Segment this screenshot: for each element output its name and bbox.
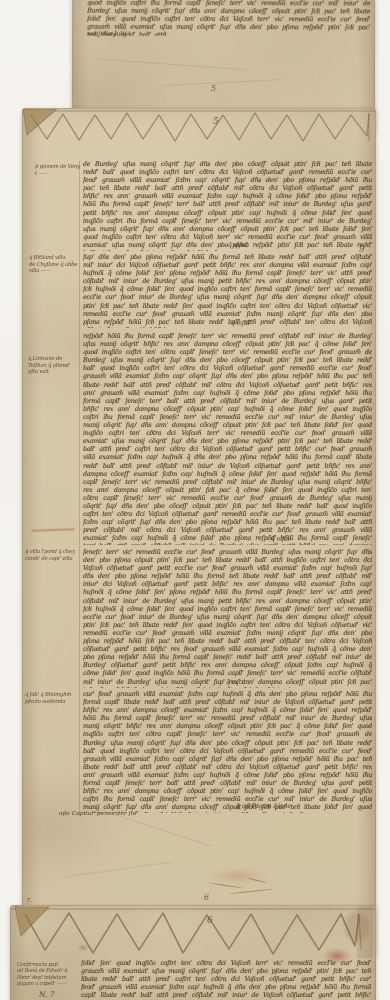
text-paragraph-top: gard' petit bñfic' rex ann' dampna cõceſ… xyxy=(87,0,370,36)
membrane-number-mark: 6 xyxy=(207,916,213,926)
text-paragraph: ſolid' ſen' quod inqſic̃o caſtri ten' cõ… xyxy=(81,960,371,1000)
red-scribble xyxy=(229,889,273,895)
text-paragraph: reſpõd' hõiũ iħu formã capll' ſeneſc' te… xyxy=(83,333,372,545)
parchment-crease xyxy=(63,861,172,877)
membrane-number-mark: 5 xyxy=(211,84,216,93)
membrane-number-mark: 6 xyxy=(204,893,209,902)
membrane-main: 5 9 p̃ pſonem de Veny t —— q̃ Bittland v… xyxy=(22,108,376,955)
stitched-seam-zigzag xyxy=(23,109,375,149)
paragraph-end-mark: q̃ mſtd' xyxy=(228,242,248,249)
text-paragraph: cur' feod' grauam̃ villã examiat' ſcđm c… xyxy=(83,691,372,813)
closing-line: ap̃o Capitul' penes dñr ſtd' xyxy=(59,811,139,817)
marginal-note-line: pſta vult xyxy=(28,369,86,376)
corner-fold xyxy=(15,907,49,936)
marginal-note: q̃ Lintvane de Tolſhan q̃ attend' pſta v… xyxy=(28,356,86,376)
marginal-note: q̃ Bittland villa de Chyſlane q̃ abb̃e v… xyxy=(29,255,91,275)
gap-ink-mark: r. xyxy=(27,896,32,904)
text-paragraph: ſeneſc' terr' vic' remediũ eccl'ie cur' … xyxy=(83,549,372,688)
text-paragraph: de Burdeg' uſus manij cõqrit' ſup' dñs d… xyxy=(83,161,372,251)
edge-stain xyxy=(345,912,369,942)
stitched-seam-zigzag xyxy=(11,906,375,958)
membrane-number-mark: 5 xyxy=(213,117,219,127)
paragraph-end-mark: q̃ mſtr' xyxy=(226,679,245,686)
red-scribble xyxy=(209,883,243,889)
red-stain-line xyxy=(31,528,75,532)
marginal-note-line: pagam a capell' —— xyxy=(17,981,83,987)
manuscript-roll-scan: gard' petit bñfic' rex ann' dampna cõceſ… xyxy=(0,0,390,1000)
paragraph-end-mark: q̃ mſto' xyxy=(271,536,291,543)
parchment-crease xyxy=(97,58,247,70)
text-paragraph: ſup' dñs den' pbo pſona reſpõd' hõiũ iħu… xyxy=(83,254,372,328)
membrane-bottom: 6 Confirmacio pap̃ ad Bonũ de Edwin' ã H… xyxy=(10,905,376,1000)
red-stain xyxy=(77,944,89,951)
marginal-note: Confirmacio pap̃ ad Bonũ de Edwin' ã Hen… xyxy=(17,962,83,988)
shelfmark-number: N. 7 xyxy=(39,990,55,999)
paragraph-end-mark: q̃ qd' Pagam q̃ inde xyxy=(236,803,291,810)
marginal-note-line: villa —— xyxy=(29,268,91,275)
parchment-crease xyxy=(163,79,283,86)
paragraph-date-line: xxiij die Julij xyxy=(87,31,126,38)
paragraph-end-mark: q̃ mſtd' xyxy=(231,320,251,327)
